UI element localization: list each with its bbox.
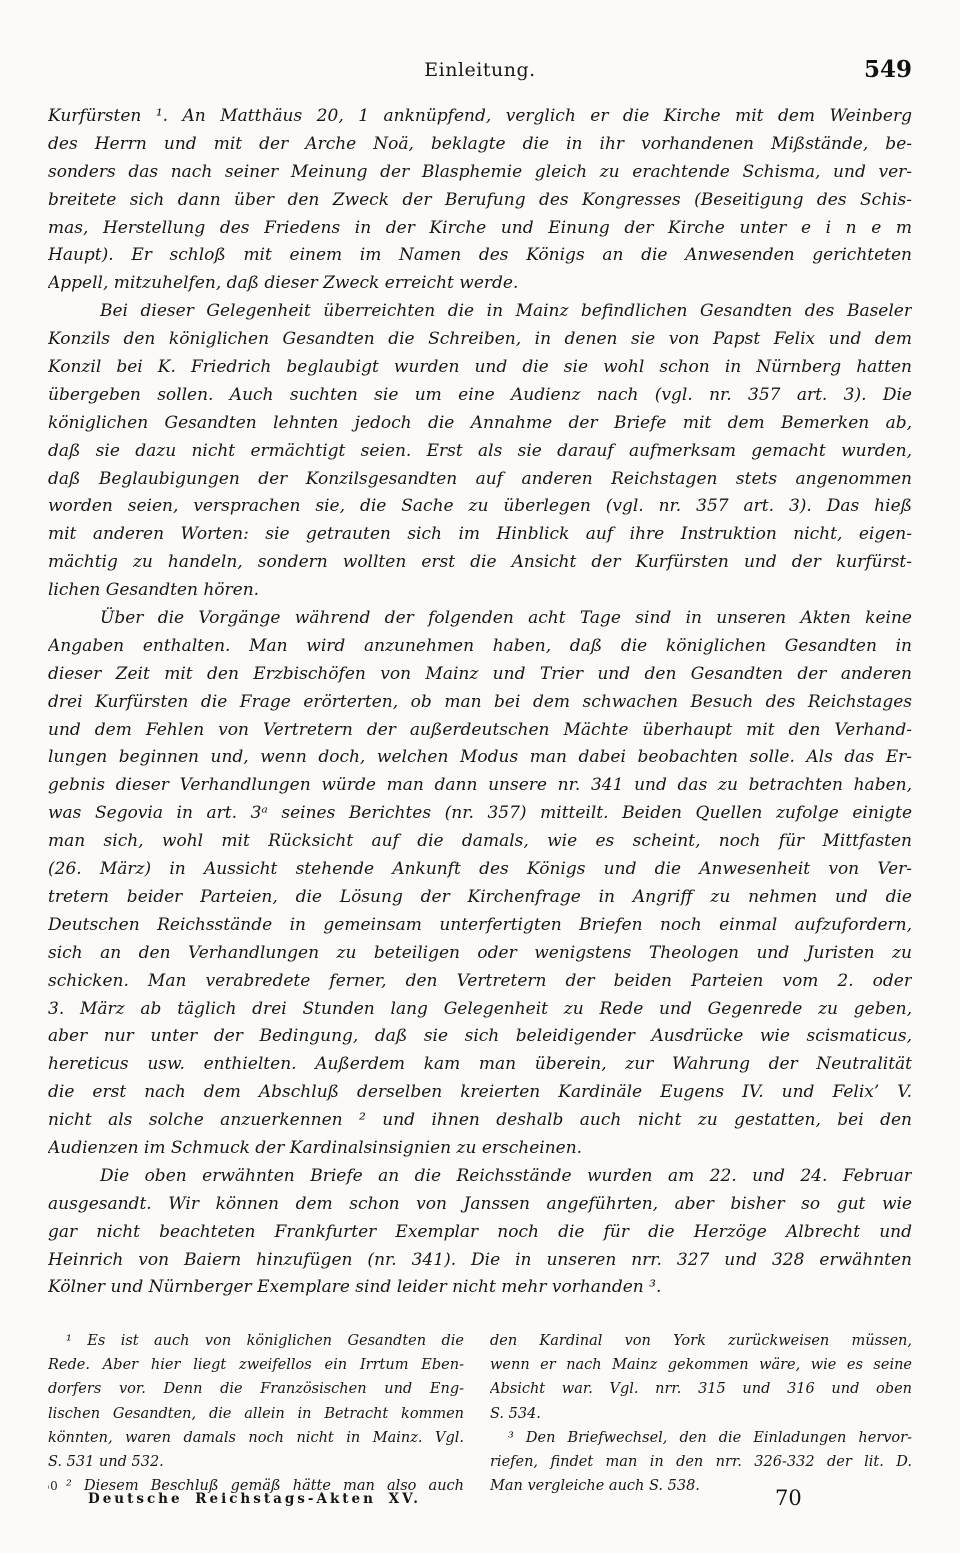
line-text: Haupt). Er schloß mit einem im Namen des…: [48, 245, 912, 265]
line-text: Bei dieser Gelegenheit überreichten die …: [100, 301, 912, 321]
text-line: sonders das nach seiner Meinung der Blas…: [48, 159, 912, 187]
line-text: Angaben enthalten. Man wird anzunehmen h…: [48, 636, 912, 656]
text-line: des Herrn und mit der Arche Noä, beklagt…: [48, 131, 912, 159]
line-text: was Segovia in art. 3ᵃ seines Berichtes …: [48, 803, 912, 823]
page-number: 549: [864, 56, 912, 83]
text-line: drei Kurfürsten die Frage erörterten, ob…: [48, 689, 912, 717]
text-line: und dem Fehlen von Vertretern der außerd…: [48, 717, 912, 745]
footnote-line: könnten, waren damals noch nicht in Main…: [48, 1426, 464, 1450]
line-text: riefen, findet man in den nrr. 326-332 d…: [490, 1454, 912, 1470]
text-line: breitete sich dann über den Zweck der Be…: [48, 187, 912, 215]
line-text: Kurfürsten ¹. An Matthäus 20, 1 anknüpfe…: [48, 106, 912, 126]
footnote-line: Absicht war. Vgl. nrr. 315 und 316 und o…: [490, 1377, 912, 1401]
text-line: 40ausgesandt. Wir können dem schon von J…: [48, 1191, 912, 1219]
line-text: ³ Den Briefwechsel, den die Einladungen …: [508, 1430, 912, 1446]
line-text: S. 534.: [490, 1406, 541, 1422]
line-text: nicht als solche anzuerkennen ² und ihne…: [48, 1110, 912, 1130]
line-text: lungen beginnen und, wenn doch, welchen …: [48, 747, 912, 767]
line-text: Heinrich von Baiern hinzufügen (nr. 341)…: [48, 1250, 912, 1270]
line-text: Konzils den königlichen Gesandten die Sc…: [48, 329, 912, 349]
text-line: Kurfürsten ¹. An Matthäus 20, 1 anknüpfe…: [48, 103, 912, 131]
line-text: daß sie dazu nicht ermächtigt seien. Ers…: [48, 441, 912, 461]
line-text: ausgesandt. Wir können dem schon von Jan…: [48, 1194, 912, 1214]
footnote-column-left: ¹ Es ist auch von königlichen Gesandten …: [48, 1329, 464, 1498]
line-text: königlichen Gesandten lehnten jedoch die…: [48, 413, 912, 433]
line-text: lischen Gesandten, die allein in Betrach…: [48, 1406, 464, 1422]
text-line: Die oben erwähnten Briefe an die Reichss…: [48, 1163, 912, 1191]
text-line: tretern beider Parteien, die Lösung der …: [48, 884, 912, 912]
text-line: 5mas, Herstellung des Friedens in der Ki…: [48, 215, 912, 243]
line-text: könnten, waren damals noch nicht in Main…: [48, 1430, 464, 1446]
text-line: gar nicht beachteten Frankfurter Exempla…: [48, 1219, 912, 1247]
text-line: 15worden seien, versprachen sie, die Sac…: [48, 493, 912, 521]
text-line: (26. März) in Aussicht stehende Ankunft …: [48, 856, 912, 884]
line-text: breitete sich dann über den Zweck der Be…: [48, 190, 912, 210]
page-header: Einleitung. 549: [48, 56, 912, 86]
line-text: mächtig zu handeln, sondern wollten erst…: [48, 552, 912, 572]
line-text: den Kardinal von York zurückweisen müsse…: [490, 1333, 912, 1349]
line-text: gebnis dieser Verhandlungen würde man da…: [48, 775, 912, 795]
text-line: Haupt). Er schloß mit einem im Namen des…: [48, 242, 912, 270]
line-text: Konzil bei K. Friedrich beglaubigt wurde…: [48, 357, 912, 377]
text-line: daß sie dazu nicht ermächtigt seien. Ers…: [48, 438, 912, 466]
text-line: Bei dieser Gelegenheit überreichten die …: [48, 298, 912, 326]
text-line: Heinrich von Baiern hinzufügen (nr. 341)…: [48, 1247, 912, 1275]
line-text: dieser Zeit mit den Erzbischöfen von Mai…: [48, 664, 912, 684]
text-line: mächtig zu handeln, sondern wollten erst…: [48, 549, 912, 577]
text-line: 30Deutschen Reichsstände in gemeinsam un…: [48, 912, 912, 940]
line-text: Rede. Aber hier liegt zweifellos ein Irr…: [48, 1357, 464, 1373]
footnote-line: ³ Den Briefwechsel, den die Einladungen …: [490, 1426, 912, 1450]
line-text: aber nur unter der Bedingung, daß sie si…: [48, 1026, 912, 1046]
footnote-column-right: den Kardinal von York zurückweisen müsse…: [490, 1329, 912, 1498]
line-text: Kölner und Nürnberger Exemplare sind lei…: [48, 1277, 661, 1297]
line-text: Deutschen Reichsstände in gemeinsam unte…: [48, 915, 912, 935]
line-text: mas, Herstellung des Friedens in der Kir…: [48, 218, 912, 238]
text-line: 35hereticus usw. enthielten. Außerdem ka…: [48, 1051, 912, 1079]
text-line: Audienzen im Schmuck der Kardinalsinsign…: [48, 1135, 912, 1163]
text-line: Konzils den königlichen Gesandten die Sc…: [48, 326, 912, 354]
text-line: mit anderen Worten: sie getrauten sich i…: [48, 521, 912, 549]
text-line: 20Angaben enthalten. Man wird anzunehmen…: [48, 633, 912, 661]
footnote-line: dorfers vor. Denn die Französischen und …: [48, 1377, 464, 1401]
line-text: Appell, mitzuhelfen, daß dieser Zweck er…: [48, 273, 518, 293]
line-text: drei Kurfürsten die Frage erörterten, ob…: [48, 692, 912, 712]
footnote-line: wenn er nach Mainz gekommen wäre, wie es…: [490, 1353, 912, 1377]
text-line: 10Konzil bei K. Friedrich beglaubigt wur…: [48, 354, 912, 382]
text-line: man sich, wohl mit Rücksicht auf die dam…: [48, 828, 912, 856]
footnote-line: S. 534.: [490, 1402, 912, 1426]
footnote-line: ¹ Es ist auch von königlichen Gesandten …: [48, 1329, 464, 1353]
line-text: Die oben erwähnten Briefe an die Reichss…: [100, 1166, 912, 1186]
line-text: wenn er nach Mainz gekommen wäre, wie es…: [490, 1357, 912, 1373]
line-text: Man vergleiche auch S. 538.: [490, 1478, 700, 1494]
section-title: Einleitung.: [48, 59, 912, 81]
text-line: sich an den Verhandlungen zu beteiligen …: [48, 940, 912, 968]
text-line: lichen Gesandten hören.: [48, 577, 912, 605]
text-line: 25gebnis dieser Verhandlungen würde man …: [48, 772, 912, 800]
line-text: dorfers vor. Denn die Französischen und …: [48, 1381, 464, 1397]
book-page: Einleitung. 549 Kurfürsten ¹. An Matthäu…: [0, 0, 960, 1553]
line-text: übergeben sollen. Auch suchten sie um ei…: [48, 385, 912, 405]
line-text: des Herrn und mit der Arche Noä, beklagt…: [48, 134, 912, 154]
line-text: tretern beider Parteien, die Lösung der …: [48, 887, 912, 907]
text-line: nicht als solche anzuerkennen ² und ihne…: [48, 1107, 912, 1135]
text-line: lungen beginnen und, wenn doch, welchen …: [48, 744, 912, 772]
line-text: worden seien, versprachen sie, die Sache…: [48, 496, 912, 516]
sheet-number: 70: [775, 1486, 802, 1510]
footnote-line: riefen, findet man in den nrr. 326-332 d…: [490, 1450, 912, 1474]
line-text: schicken. Man verabredete ferner, den Ve…: [48, 971, 912, 991]
line-text: daß Beglaubigungen der Konzilsgesandten …: [48, 469, 912, 489]
line-text: die erst nach dem Abschluß derselben kre…: [48, 1082, 912, 1102]
text-line: übergeben sollen. Auch suchten sie um ei…: [48, 382, 912, 410]
line-text: und dem Fehlen von Vertretern der außerd…: [48, 720, 912, 740]
line-text: (26. März) in Aussicht stehende Ankunft …: [48, 859, 912, 879]
footnote-line: lischen Gesandten, die allein in Betrach…: [48, 1402, 464, 1426]
line-text: hereticus usw. enthielten. Außerdem kam …: [48, 1054, 912, 1074]
text-line: Appell, mitzuhelfen, daß dieser Zweck er…: [48, 270, 912, 298]
line-text: ¹ Es ist auch von königlichen Gesandten …: [66, 1333, 464, 1349]
text-line: schicken. Man verabredete ferner, den Ve…: [48, 968, 912, 996]
line-text: sonders das nach seiner Meinung der Blas…: [48, 162, 912, 182]
series-signature: Deutsche Reichstags-Akten XV.: [88, 1491, 421, 1507]
text-line: Über die Vorgänge während der folgenden …: [48, 605, 912, 633]
footnotes: ¹ Es ist auch von königlichen Gesandten …: [48, 1329, 912, 1498]
footnote-line: 45Rede. Aber hier liegt zweifellos ein I…: [48, 1353, 464, 1377]
text-line: aber nur unter der Bedingung, daß sie si…: [48, 1023, 912, 1051]
line-text: S. 531 und 532.: [48, 1454, 164, 1470]
main-text: Kurfürsten ¹. An Matthäus 20, 1 anknüpfe…: [48, 103, 912, 1302]
text-line: dieser Zeit mit den Erzbischöfen von Mai…: [48, 661, 912, 689]
footnote-line: den Kardinal von York zurückweisen müsse…: [490, 1329, 912, 1353]
line-text: Über die Vorgänge während der folgenden …: [100, 608, 912, 628]
line-text: Absicht war. Vgl. nrr. 315 und 316 und o…: [490, 1381, 912, 1397]
text-line: Kölner und Nürnberger Exemplare sind lei…: [48, 1274, 912, 1302]
text-line: was Segovia in art. 3ᵃ seines Berichtes …: [48, 800, 912, 828]
line-text: mit anderen Worten: sie getrauten sich i…: [48, 524, 912, 544]
line-text: lichen Gesandten hören.: [48, 580, 259, 600]
text-line: daß Beglaubigungen der Konzilsgesandten …: [48, 466, 912, 494]
line-text: 3. März ab täglich drei Stunden lang Gel…: [48, 999, 912, 1019]
line-text: man sich, wohl mit Rücksicht auf die dam…: [48, 831, 912, 851]
line-text: sich an den Verhandlungen zu beteiligen …: [48, 943, 912, 963]
line-text: Audienzen im Schmuck der Kardinalsinsign…: [48, 1138, 582, 1158]
text-line: die erst nach dem Abschluß derselben kre…: [48, 1079, 912, 1107]
text-line: 3. März ab täglich drei Stunden lang Gel…: [48, 996, 912, 1024]
footnote-line: Man vergleiche auch S. 538.: [490, 1474, 912, 1498]
line-text: gar nicht beachteten Frankfurter Exempla…: [48, 1222, 912, 1242]
text-line: königlichen Gesandten lehnten jedoch die…: [48, 410, 912, 438]
footnote-line: S. 531 und 532.: [48, 1450, 464, 1474]
